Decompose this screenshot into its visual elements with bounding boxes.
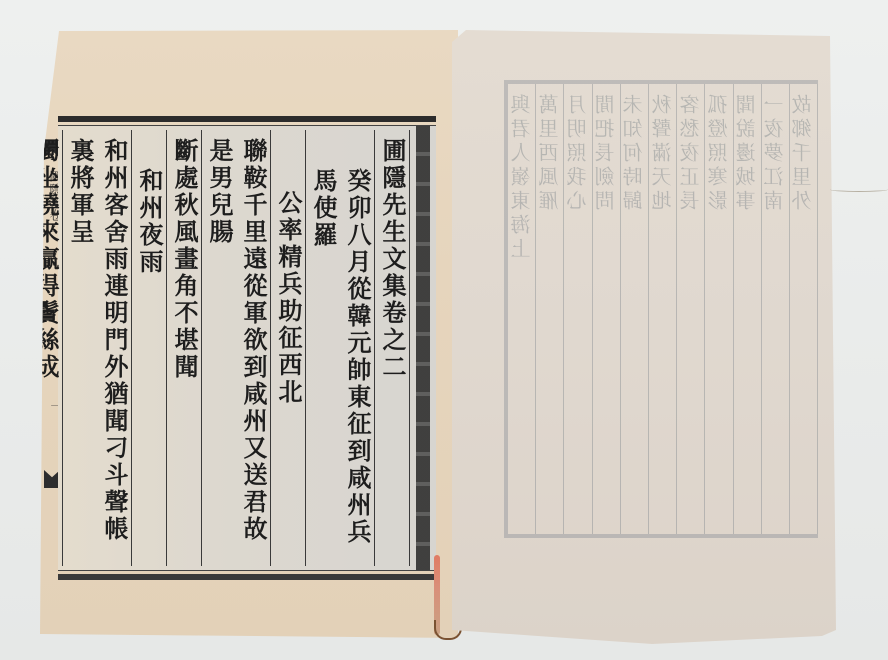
ghost-column: 一夜夢江南 [762, 84, 790, 534]
left-page: 圃隱集卷二 一 圃隱先生文集卷之二 癸卯八月從韓元帥東征到咸州兵馬使羅 公率精兵… [40, 30, 458, 638]
text-column: 聯鞍千里遠從軍欲到咸州又送君故是男兒腸 [201, 130, 270, 566]
ghost-column: 萬里西風雁 [536, 84, 564, 534]
verse-line: 和州客舍雨連明門外猶聞刁斗聲帳裏將軍呈 [63, 130, 131, 566]
text-column: 斷處秋風畫角不堪聞 [166, 130, 201, 566]
ghost-column: 故鄉千里外 [790, 84, 818, 534]
ghost-column: 孤燈照寒影 [705, 84, 733, 534]
bleed-through-frame: 與君人嶺東海上 萬里西風雁 月明照我心 閒把長劍問 未知何時歸 秋聲滿天地 客愁… [504, 80, 818, 538]
text-column: 癸卯八月從韓元帥東征到咸州兵馬使羅 [305, 130, 374, 566]
verse-line: 聯鞍千里遠從軍欲到咸州又送君故是男兒腸 [202, 130, 270, 566]
text-column: 至咸州次惕若齋詩 [0, 130, 27, 566]
spine-border [416, 126, 430, 570]
poem-title: 至咸州次惕若齋詩 [0, 130, 27, 566]
text-frame: 圃隱先生文集卷之二 癸卯八月從韓元帥東征到咸州兵馬使羅 公率精兵助征西北 聯鞍千… [58, 116, 436, 580]
ghost-column: 客愁夜正長 [677, 84, 705, 534]
text-columns: 圃隱先生文集卷之二 癸卯八月從韓元帥東征到咸州兵馬使羅 公率精兵助征西北 聯鞍千… [62, 130, 410, 566]
right-page: 與君人嶺東海上 萬里西風雁 月明照我心 閒把長劍問 未知何時歸 秋聲滿天地 客愁… [452, 30, 836, 644]
ghost-column: 秋聲滿天地 [649, 84, 677, 534]
ghost-column: 閒把長劍問 [593, 84, 621, 534]
ghost-column: 聞說邊城事 [734, 84, 762, 534]
volume-title: 圃隱先生文集卷之二 [375, 130, 409, 566]
ghost-column: 月明照我心 [564, 84, 592, 534]
ghost-column: 與君人嶺東海上 [508, 84, 536, 534]
book-photo: 圃隱集卷二 一 圃隱先生文集卷之二 癸卯八月從韓元帥東征到咸州兵馬使羅 公率精兵… [0, 0, 888, 660]
text-column: 燭坐曉來贏得鬢絲成 [27, 130, 62, 566]
text-column: 公率精兵助征西北 [270, 130, 305, 566]
poem-title: 癸卯八月從韓元帥東征到咸州兵馬使羅 [306, 130, 374, 566]
poem-title-continued: 公率精兵助征西北 [271, 130, 305, 566]
text-column: 和州夜雨 [131, 130, 166, 566]
verse-line: 燭坐曉來贏得鬢絲成 [28, 130, 62, 566]
verse-line: 斷處秋風畫角不堪聞 [167, 130, 201, 566]
background-paper-crease [830, 187, 888, 192]
poem-title: 和州夜雨 [132, 130, 166, 566]
text-column: 圃隱先生文集卷之二 [374, 130, 410, 566]
ghost-column: 未知何時歸 [621, 84, 649, 534]
text-column: 和州客舍雨連明門外猶聞刁斗聲帳裏將軍呈 [62, 130, 131, 566]
